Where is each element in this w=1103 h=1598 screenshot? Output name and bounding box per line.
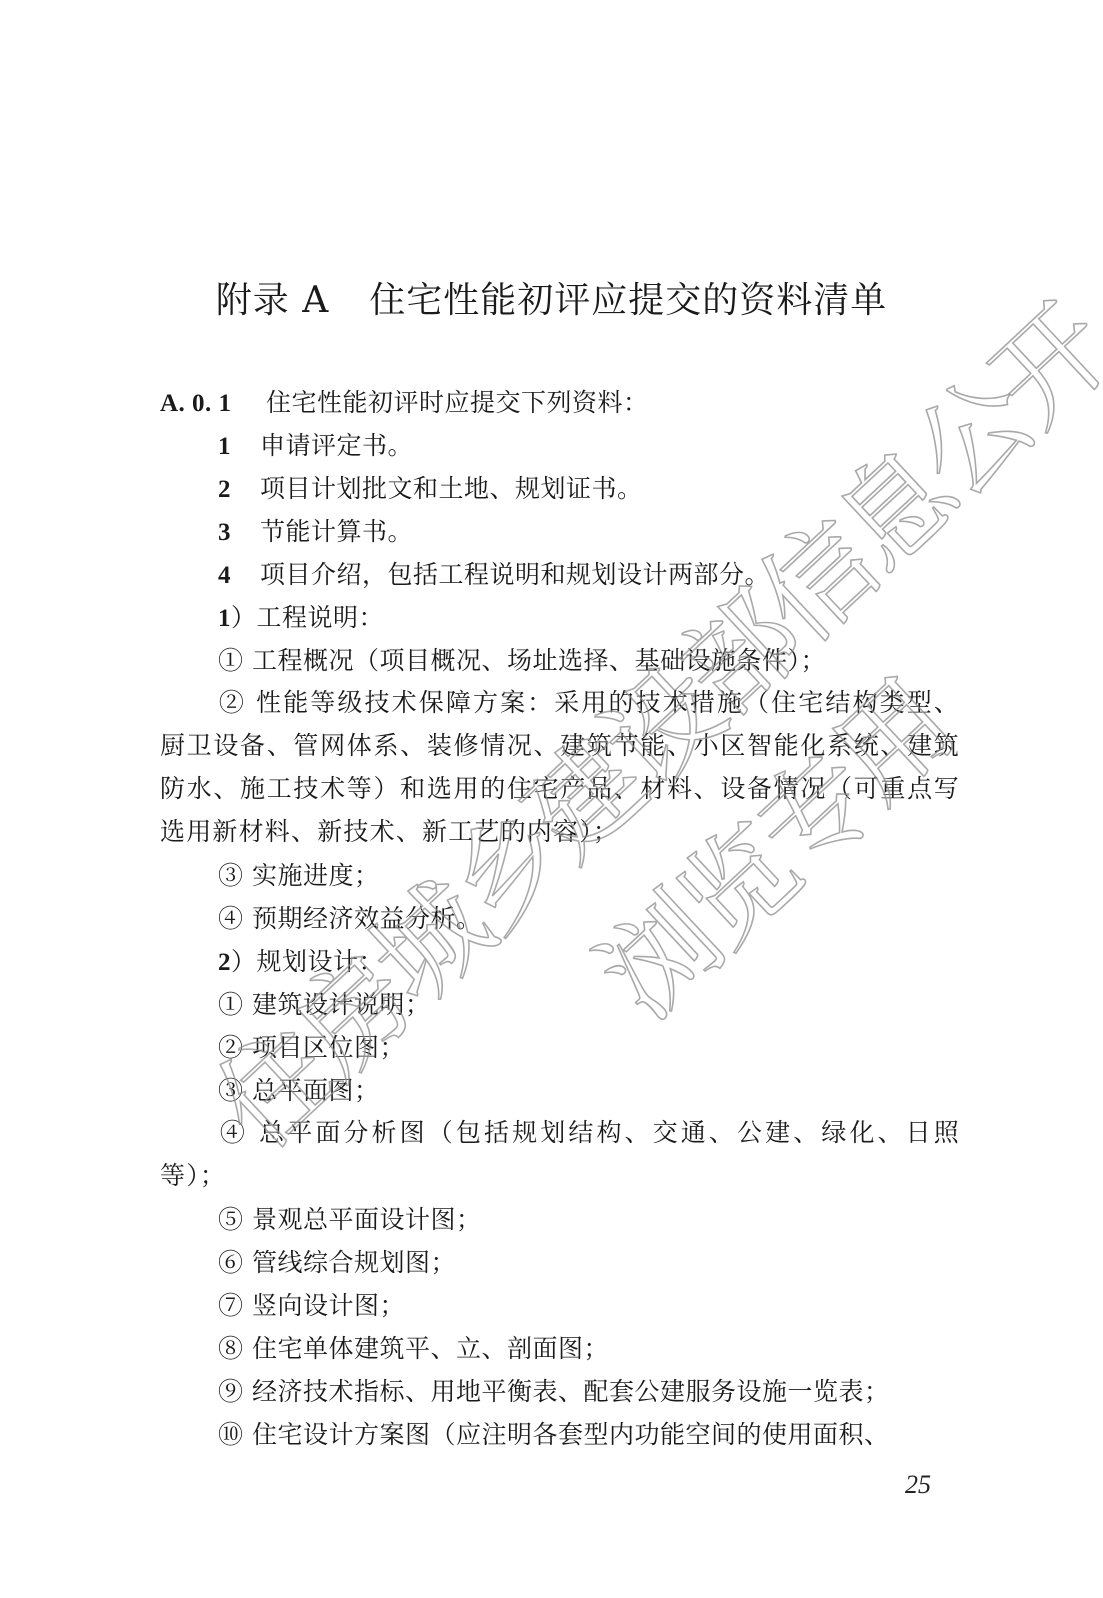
section-number: A. 0. 1 <box>160 388 266 420</box>
list-item: 4项目介绍，包括工程说明和规划设计两部分。 <box>218 559 770 592</box>
sub-entry: ⑤ 景观总平面设计图； <box>218 1204 481 1236</box>
sub-entry: ③ 总平面图； <box>218 1075 379 1107</box>
sub-entry-multiline: ④ 总平面分析图（包括规划结构、交通、公建、绿化、日照等）； <box>160 1111 960 1197</box>
subsection-heading: 1）工程说明： <box>218 602 384 635</box>
section-heading: A. 0. 1住宅性能初评时应提交下列资料： <box>160 387 649 420</box>
sub-entry: ⑦ 竖向设计图； <box>218 1290 405 1322</box>
list-item: 1申请评定书。 <box>218 430 413 463</box>
entry-text: 建筑设计说明； <box>252 990 431 1019</box>
entry-text: 竖向设计图； <box>252 1291 405 1320</box>
subsection-label: 工程说明： <box>257 603 385 632</box>
circled-marker: ② <box>218 1033 244 1062</box>
circled-marker: ③ <box>218 1076 244 1105</box>
item-text: 项目介绍，包括工程说明和规划设计两部分。 <box>260 560 770 589</box>
sub-entry: ⑩ 住宅设计方案图（应注明各套型内功能空间的使用面积、 <box>218 1419 889 1451</box>
item-text: 节能计算书。 <box>260 517 413 546</box>
paren: ） <box>231 947 257 976</box>
subsection-label: 规划设计： <box>257 947 385 976</box>
list-item: 2项目计划批文和土地、规划证书。 <box>218 473 643 506</box>
entry-text: 住宅设计方案图（应注明各套型内功能空间的使用面积、 <box>252 1420 890 1449</box>
circled-marker: ① <box>218 646 244 675</box>
entry-text: 经济技术指标、用地平衡表、配套公建服务设施一览表； <box>252 1377 890 1406</box>
paren: ） <box>231 603 257 632</box>
subsection-number: 2 <box>218 947 231 979</box>
entry-text: 预期经济效益分析。 <box>252 904 482 933</box>
item-text: 项目计划批文和土地、规划证书。 <box>260 474 643 503</box>
entry-text: 工程概况（项目概况、场址选择、基础设施条件）； <box>252 646 826 675</box>
title-text: 住宅性能初评应提交的资料清单 <box>369 280 887 321</box>
item-number: 1 <box>218 431 260 463</box>
circled-marker: ④ <box>218 904 244 933</box>
sub-entry-multiline: ② 性能等级技术保障方案：采用的技术措施（住宅结构类型、厨卫设备、管网体系、装修… <box>160 681 960 853</box>
sub-entry: ① 工程概况（项目概况、场址选择、基础设施条件）； <box>218 645 826 677</box>
subsection-number: 1 <box>218 603 231 635</box>
entry-text: 管线综合规划图； <box>252 1248 456 1277</box>
circled-marker: ② <box>218 688 246 717</box>
section-text: 住宅性能初评时应提交下列资料： <box>266 388 649 417</box>
circled-marker: ⑩ <box>218 1420 244 1449</box>
list-item: 3节能计算书。 <box>218 516 413 549</box>
item-number: 4 <box>218 560 260 592</box>
page-title: 附录 A住宅性能初评应提交的资料清单 <box>0 272 1103 323</box>
entry-text: 总平面分析图（包括规划结构、交通、公建、绿化、日照等）； <box>160 1118 960 1190</box>
sub-entry: ④ 预期经济效益分析。 <box>218 903 481 935</box>
circled-marker: ① <box>218 990 244 1019</box>
item-number: 2 <box>218 474 260 506</box>
page-number: 25 <box>905 1470 931 1500</box>
entry-text: 总平面图； <box>252 1076 380 1105</box>
circled-marker: ⑨ <box>218 1377 244 1406</box>
document-page: 附录 A住宅性能初评应提交的资料清单 A. 0. 1住宅性能初评时应提交下列资料… <box>0 0 1103 1598</box>
sub-entry: ⑨ 经济技术指标、用地平衡表、配套公建服务设施一览表； <box>218 1376 889 1408</box>
entry-text: 项目区位图； <box>252 1033 405 1062</box>
appendix-label: 附录 A <box>216 280 329 321</box>
sub-entry: ⑥ 管线综合规划图； <box>218 1247 456 1279</box>
circled-marker: ⑥ <box>218 1248 244 1277</box>
sub-entry: ③ 实施进度； <box>218 860 379 892</box>
sub-entry: ⑧ 住宅单体建筑平、立、剖面图； <box>218 1333 609 1365</box>
entry-text: 实施进度； <box>252 861 380 890</box>
circled-marker: ⑦ <box>218 1291 244 1320</box>
subsection-heading: 2）规划设计： <box>218 946 384 979</box>
circled-marker: ⑧ <box>218 1334 244 1363</box>
sub-entry: ① 建筑设计说明； <box>218 989 430 1021</box>
sub-entry: ② 项目区位图； <box>218 1032 405 1064</box>
entry-text: 住宅单体建筑平、立、剖面图； <box>252 1334 609 1363</box>
circled-marker: ④ <box>218 1118 248 1147</box>
item-text: 申请评定书。 <box>260 431 413 460</box>
entry-text: 景观总平面设计图； <box>252 1205 482 1234</box>
item-number: 3 <box>218 517 260 549</box>
circled-marker: ③ <box>218 861 244 890</box>
circled-marker: ⑤ <box>218 1205 244 1234</box>
entry-text: 性能等级技术保障方案：采用的技术措施（住宅结构类型、厨卫设备、管网体系、装修情况… <box>160 688 960 846</box>
